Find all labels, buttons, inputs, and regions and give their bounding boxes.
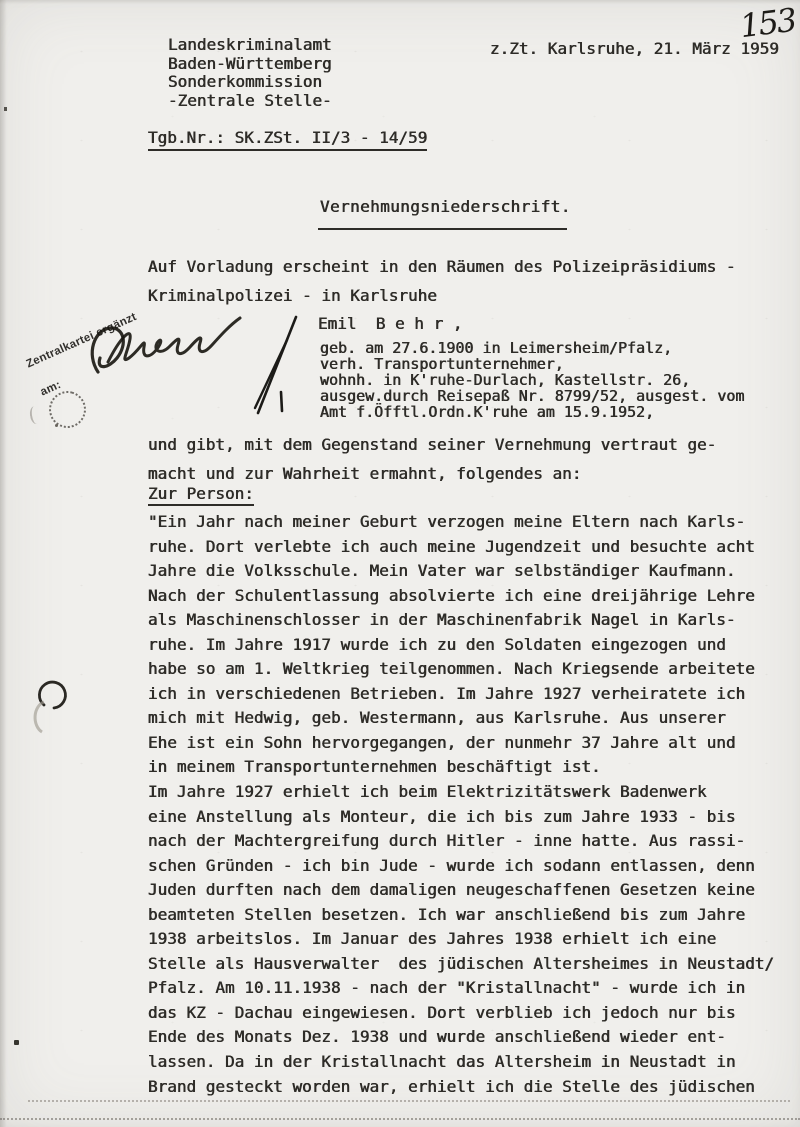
text-line: als Maschinenschlosser in der Maschinenf… — [148, 608, 774, 633]
section-heading: Zur Person: — [148, 484, 254, 506]
letterhead: LandeskriminalamtBaden-WürttembergSonder… — [168, 36, 332, 110]
text-line: ruhe. Im Jahre 1917 wurde ich zu den Sol… — [148, 633, 774, 658]
text-line: Sonderkommission — [168, 73, 332, 92]
text-line: Im Jahre 1927 erhielt ich beim Elektrizi… — [148, 780, 774, 805]
statement-body: "Ein Jahr nach meiner Geburt verzogen me… — [148, 510, 774, 1099]
scan-edge-shadow-left — [0, 0, 9, 1127]
text-line: Pfalz. Am 10.11.1938 - nach der "Kristal… — [148, 976, 774, 1001]
text-line: Ende des Monats Dez. 1938 und wurde ansc… — [148, 1025, 774, 1050]
text-line: eine Anstellung als Monteur, die ich bis… — [148, 805, 774, 830]
text-line: schen Gründen - ich bin Jude - wurde ich… — [148, 854, 774, 879]
text-line: ruhe. Dort verlebte ich auch meine Jugen… — [148, 535, 774, 560]
scan-edge-shadow-top — [0, 0, 800, 4]
text-line: lassen. Da in der Kristallnacht das Alte… — [148, 1050, 774, 1075]
intro-paragraph: Auf Vorladung erscheint in den Räumen de… — [148, 253, 736, 310]
hole-punch-shadow-arc — [30, 700, 54, 734]
text-line: und gibt, mit dem Gegenstand seiner Vern… — [148, 431, 716, 460]
place-date-line: z.Zt. Karlsruhe, 21. März 1959 — [490, 39, 779, 58]
person-name: Emil B e h r , — [318, 314, 463, 333]
text-line: beamteten Stellen besetzen. Ich war ansc… — [148, 903, 774, 928]
title-underline — [318, 228, 567, 230]
text-line: Ehe ist ein Sohn hervorgegangen, der nun… — [148, 731, 774, 756]
text-line: Nach der Schulentlassung absolvierte ich… — [148, 584, 774, 609]
document-title: Vernehmungsniederschrift. — [320, 197, 571, 216]
ink-speck — [4, 107, 7, 111]
text-line: Auf Vorladung erscheint in den Räumen de… — [148, 253, 736, 282]
handwritten-page-number: 153 — [738, 1, 797, 45]
text-line: in meinem Transportunternehmen beschäfti… — [148, 755, 774, 780]
text-line: Landeskriminalamt — [168, 36, 332, 55]
text-line: 1938 arbeitslos. Im Januar des Jahres 19… — [148, 927, 774, 952]
scan-artifact-line — [28, 1100, 790, 1102]
text-line: habe so am 1. Weltkrieg teilgenommen. Na… — [148, 657, 774, 682]
text-line: das KZ - Dachau eingewiesen. Dort verbli… — [148, 1001, 774, 1026]
handwritten-check-mark — [249, 314, 303, 418]
oath-paragraph: und gibt, mit dem Gegenstand seiner Vern… — [148, 431, 716, 488]
file-reference: Tgb.Nr.: SK.ZSt. II/3 - 14/59 — [148, 128, 427, 151]
ink-speck — [55, 424, 58, 427]
text-line: Brand gesteckt worden war, erhielt ich d… — [148, 1075, 774, 1100]
faint-arc-mark — [29, 405, 42, 424]
text-line: Jahre die Volksschule. Mein Vater war se… — [148, 559, 774, 584]
person-details: geb. am 27.6.1900 in Leimersheim/Pfalz,v… — [320, 341, 744, 421]
scan-artifact-line — [0, 1118, 800, 1120]
text-line: ich in verschiedenen Betrieben. Im Jahre… — [148, 682, 774, 707]
text-line: Stelle als Hausverwalter des jüdischen A… — [148, 952, 774, 977]
text-line: Kriminalpolizei - in Karlsruhe — [148, 282, 736, 311]
text-line: nach der Machtergreifung durch Hitler - … — [148, 829, 774, 854]
handwritten-signature-scribble — [82, 308, 272, 396]
text-line: Amt f.Öfftl.Ordn.K'ruhe am 15.9.1952, — [320, 405, 744, 421]
text-line: Baden-Württemberg — [168, 55, 332, 74]
ink-speck — [14, 1040, 19, 1045]
text-line: "Ein Jahr nach meiner Geburt verzogen me… — [148, 510, 774, 535]
document-scan-page: LandeskriminalamtBaden-WürttembergSonder… — [0, 0, 800, 1127]
text-line: Juden durften nach dem damaligen neugesc… — [148, 878, 774, 903]
text-line: -Zentrale Stelle- — [168, 92, 332, 111]
text-line: mich mit Hedwig, geb. Westermann, aus Ka… — [148, 706, 774, 731]
